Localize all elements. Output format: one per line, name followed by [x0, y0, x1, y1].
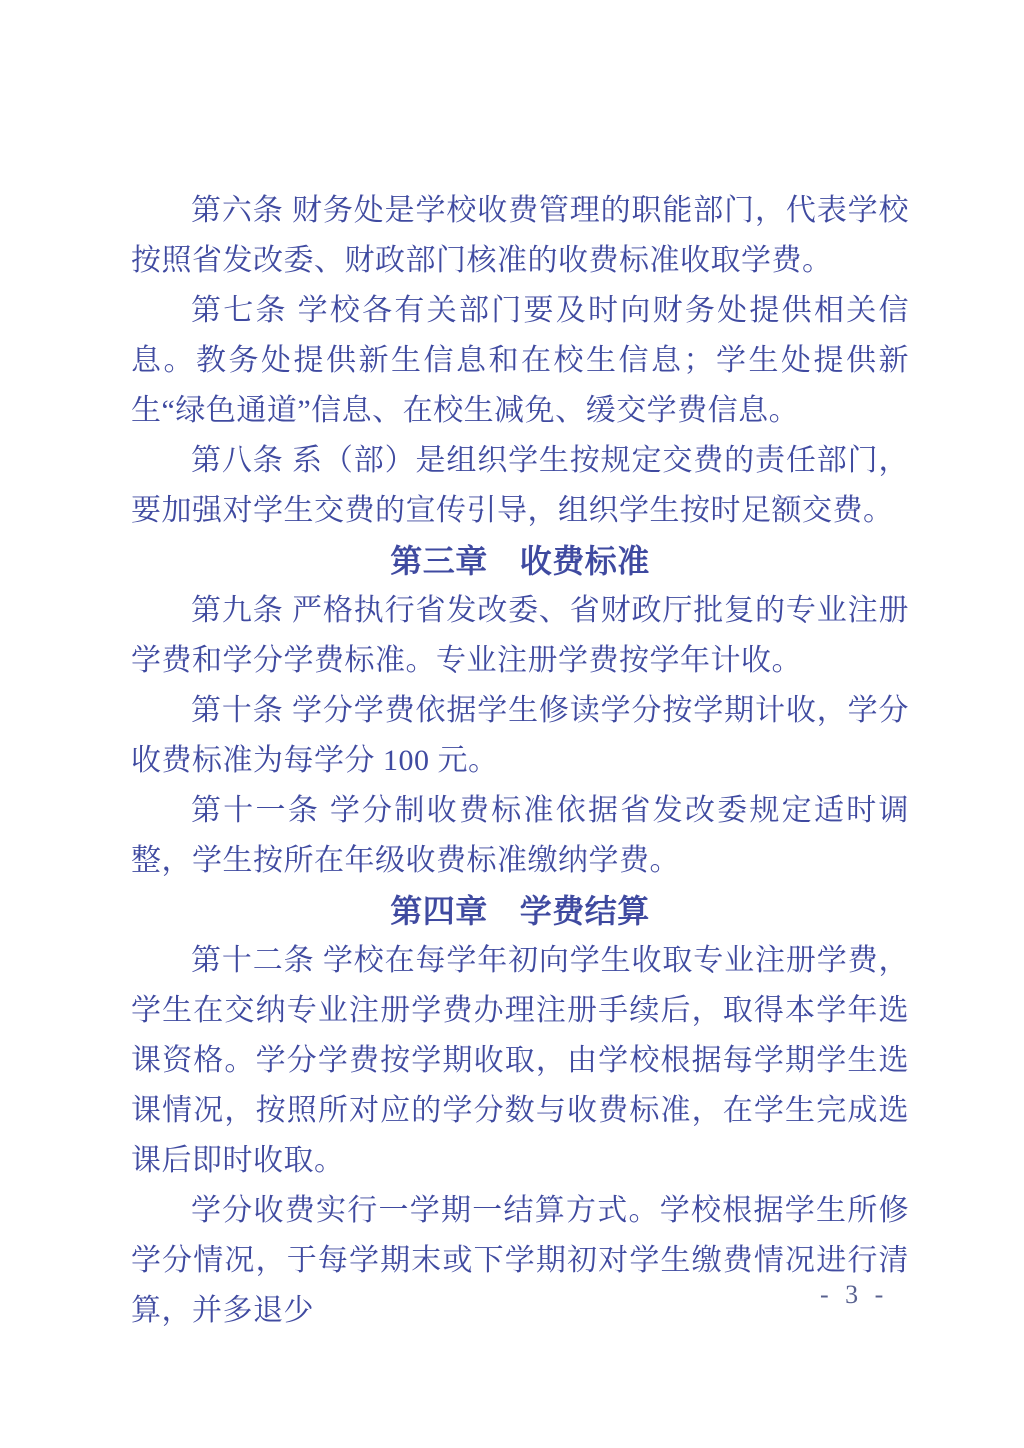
- page-number: - 3 -: [820, 1280, 888, 1310]
- paragraph: 第七条 学校各有关部门要及时向财务处提供相关信息。教务处提供新生信息和在校生信息…: [131, 286, 909, 436]
- chapter-title: 收费标准: [520, 543, 650, 579]
- paragraph: 第八条 系（部）是组织学生按规定交费的责任部门，要加强对学生交费的宣传引导，组织…: [131, 436, 909, 536]
- chapter-title: 学费结算: [520, 893, 650, 929]
- document-page: 第六条 财务处是学校收费管理的职能部门，代表学校按照省发改委、财政部门核准的收费…: [0, 0, 1024, 1448]
- paragraph: 第十一条 学分制收费标准依据省发改委规定适时调整，学生按所在年级收费标准缴纳学费…: [131, 786, 909, 886]
- paragraph: 第六条 财务处是学校收费管理的职能部门，代表学校按照省发改委、财政部门核准的收费…: [131, 186, 909, 286]
- paragraph: 第十条 学分学费依据学生修读学分按学期计收，学分收费标准为每学分 100 元。: [131, 686, 909, 786]
- paragraph: 第九条 严格执行省发改委、省财政厅批复的专业注册学费和学分学费标准。专业注册学费…: [131, 586, 909, 686]
- chapter-heading: 第四章学费结算: [131, 886, 909, 936]
- chapter-heading: 第三章收费标准: [131, 536, 909, 586]
- document-body: 第六条 财务处是学校收费管理的职能部门，代表学校按照省发改委、财政部门核准的收费…: [131, 186, 909, 1336]
- paragraph: 第十二条 学校在每学年初向学生收取专业注册学费，学生在交纳专业注册学费办理注册手…: [131, 936, 909, 1186]
- chapter-number: 第四章: [390, 893, 488, 929]
- chapter-number: 第三章: [390, 543, 488, 579]
- paragraph: 学分收费实行一学期一结算方式。学校根据学生所修学分情况，于每学期末或下学期初对学…: [131, 1186, 909, 1336]
